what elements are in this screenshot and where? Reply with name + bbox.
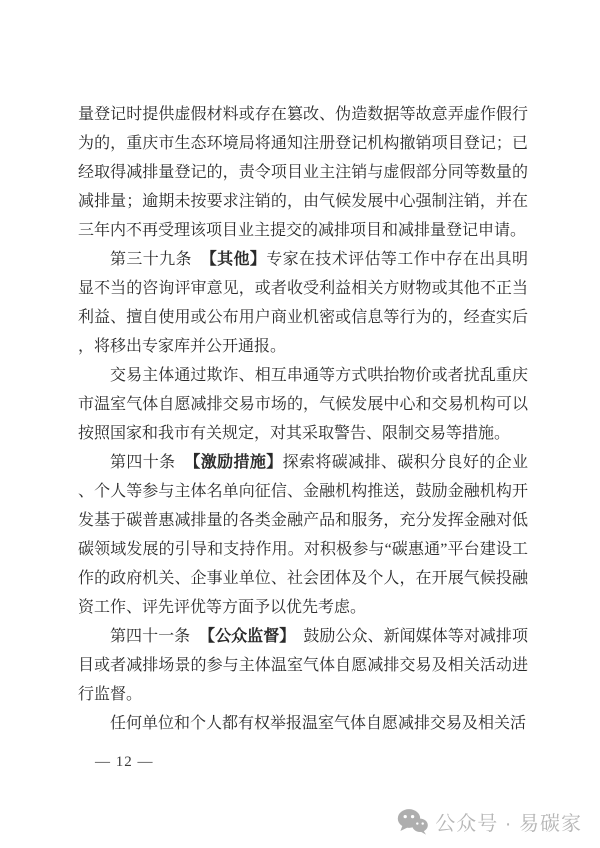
paragraph-text: 交易主体通过欺诈、相互串通等方式哄抬物价或者扰乱重庆市温室气体自愿减排交易市场的… <box>78 367 528 442</box>
wechat-icon <box>397 808 428 835</box>
paragraph-article-39: 第三十九条【其他】专家在技术评估等工作中存在出具明显不当的咨询评审意见，或者收受… <box>78 245 528 361</box>
paragraph-continuation: 量登记时提供虚假材料或存在篡改、伪造数据等故意弄虚作假行为的，重庆市生态环境局将… <box>78 100 528 245</box>
paragraph-text: 量登记时提供虚假材料或存在篡改、伪造数据等故意弄虚作假行为的，重庆市生态环境局将… <box>78 106 528 239</box>
document-page: 量登记时提供虚假材料或存在篡改、伪造数据等故意弄虚作假行为的，重庆市生态环境局将… <box>0 0 600 848</box>
paragraph-article-40: 第四十条【激励措施】探索将碳减排、碳积分良好的企业、个人等参与主体名单向征信、金… <box>78 448 528 622</box>
document-body: 量登记时提供虚假材料或存在篡改、伪造数据等故意弄虚作假行为的，重庆市生态环境局将… <box>78 100 528 738</box>
paragraph-text: 任何单位和个人都有权举报温室气体自愿减排交易及相关活 <box>110 715 526 732</box>
page-number: — 12 — <box>95 754 154 771</box>
paragraph-trading-violation: 交易主体通过欺诈、相互串通等方式哄抬物价或者扰乱重庆市温室气体自愿减排交易市场的… <box>78 361 528 448</box>
paragraph-article-41: 第四十一条【公众监督】 鼓励公众、新闻媒体等对减排项目或者减排场景的参与主体温室… <box>78 622 528 709</box>
watermark-text: 公众号 · 易碳家 <box>435 807 582 836</box>
article-number: 第三十九条 <box>110 251 192 268</box>
article-number: 第四十条 <box>110 454 176 471</box>
article-label: 【其他】 <box>201 251 267 268</box>
paragraph-report-rights: 任何单位和个人都有权举报温室气体自愿减排交易及相关活 <box>78 709 528 738</box>
article-label: 【公众监督】 <box>199 628 287 645</box>
watermark: 公众号 · 易碳家 <box>397 807 582 836</box>
paragraph-text: 探索将碳减排、碳积分良好的企业、个人等参与主体名单向征信、金融机构推送，鼓励金融… <box>78 454 528 616</box>
article-label: 【激励措施】 <box>184 454 282 471</box>
article-number: 第四十一条 <box>110 628 190 645</box>
